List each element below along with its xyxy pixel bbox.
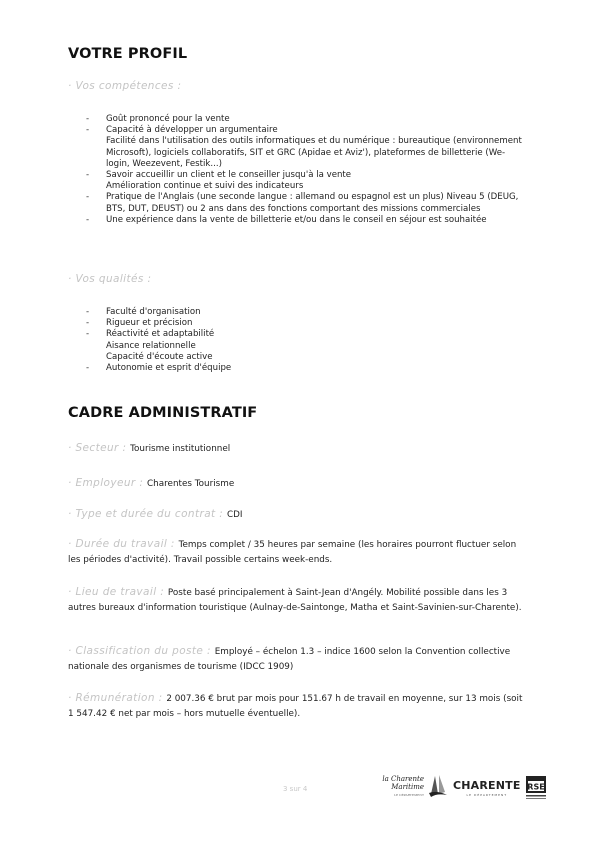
list-item: Faculté d'organisation [86, 307, 526, 318]
section-title-profil: VOTRE PROFIL [68, 46, 187, 62]
competences-label: · Vos compétences : [68, 80, 181, 92]
field-label: · Type et durée du contrat : [68, 508, 227, 520]
rse-label-icon: RSE [526, 776, 546, 800]
charente-logo: CHARENTE LE DÉPARTEMENT [453, 779, 521, 797]
list-item: Facilité dans l'utilisation des outils i… [86, 136, 526, 170]
list-item: Savoir accueillir un client et le consei… [86, 170, 526, 181]
section-title-cadre: CADRE ADMINISTRATIF [68, 405, 257, 421]
charente-maritime-logo: la Charente Maritime LE DÉPARTEMENT [380, 776, 424, 800]
list-item: Une expérience dans la vente de billette… [86, 215, 526, 226]
qualites-label: · Vos qualités : [68, 273, 151, 285]
qualites-list: Faculté d'organisation Rigueur et précis… [86, 307, 526, 374]
list-item: Réactivité et adaptabilité [86, 329, 526, 340]
field-employeur: · Employeur : Charentes Tourisme [68, 476, 528, 492]
bird-sail-icon [427, 774, 449, 798]
field-label: · Lieu de travail : [68, 586, 168, 598]
svg-text:RSE: RSE [527, 783, 544, 792]
field-value: Tourisme institutionnel [130, 444, 230, 454]
list-item: Aisance relationnelle [86, 341, 526, 352]
field-lieu-travail: · Lieu de travail : Poste basé principal… [68, 585, 528, 615]
list-item: Pratique de l'Anglais (une seconde langu… [86, 192, 526, 214]
field-contrat: · Type et durée du contrat : CDI [68, 507, 528, 523]
list-item: Capacité à développer un argumentaire [86, 125, 526, 136]
field-label: · Classification du poste : [68, 645, 215, 657]
footer-logos: la Charente Maritime LE DÉPARTEMENT CHAR… [380, 774, 550, 804]
list-item: Rigueur et précision [86, 318, 526, 329]
field-value: Charentes Tourisme [147, 479, 234, 489]
field-label: · Employeur : [68, 477, 147, 489]
field-label: · Secteur : [68, 442, 130, 454]
field-classification: · Classification du poste : Employé – éc… [68, 644, 528, 674]
competences-list: Goût prononcé pour la vente Capacité à d… [86, 114, 526, 226]
list-item: Capacité d'écoute active [86, 352, 526, 363]
field-secteur: · Secteur : Tourisme institutionnel [68, 441, 528, 457]
list-item: Amélioration continue et suivi des indic… [86, 181, 526, 192]
field-label: · Rémunération : [68, 692, 166, 704]
field-label: · Durée du travail : [68, 538, 179, 550]
list-item: Goût prononcé pour la vente [86, 114, 526, 125]
field-value: CDI [227, 510, 243, 520]
field-duree-travail: · Durée du travail : Temps complet / 35 … [68, 537, 528, 567]
list-item: Autonomie et esprit d'équipe [86, 363, 526, 374]
page-number: 3 sur 4 [283, 785, 307, 793]
field-remuneration: · Rémunération : 2 007.36 € brut par moi… [68, 691, 528, 721]
